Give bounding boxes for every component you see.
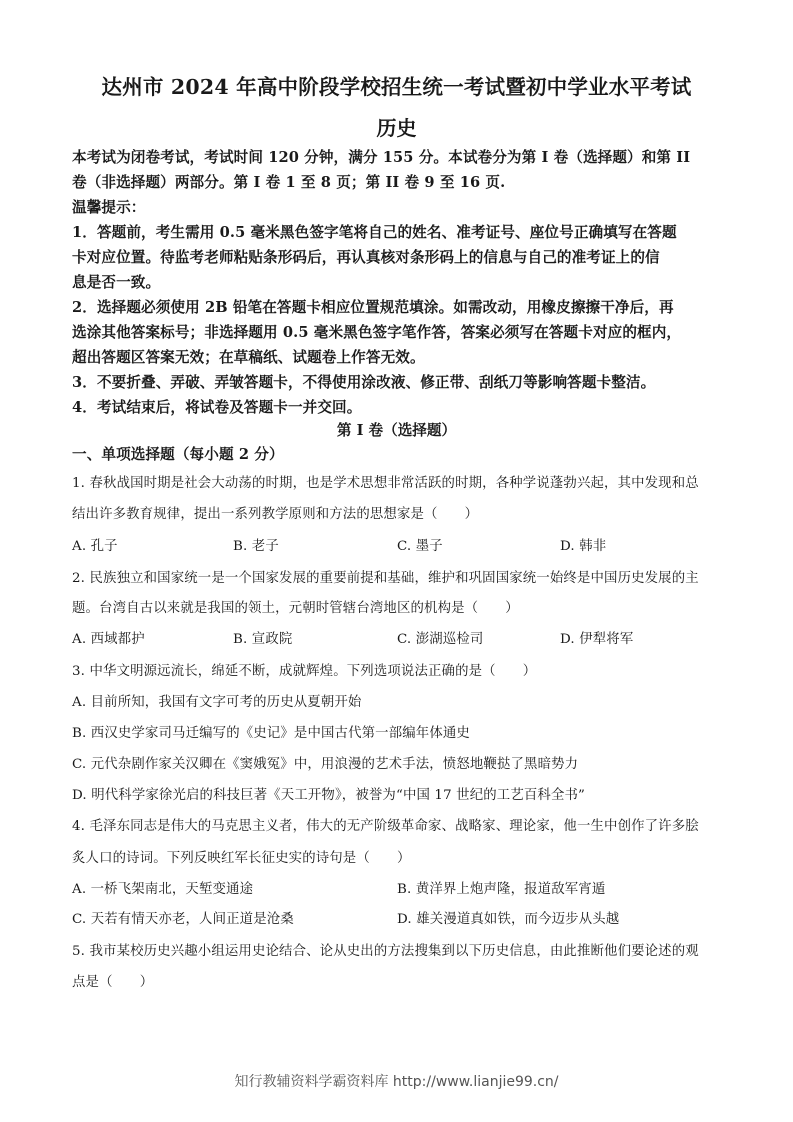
question-text: 2. 民族独立和国家统一是一个国家发展的重要前提和基础，维护和巩固国家统一始终是…	[72, 567, 699, 586]
exam-title: 达州市 2024 年高中阶段学校招生统一考试暨初中学业水平考试	[0, 70, 793, 100]
question-text: 炙人口的诗词。下列反映红军长征史实的诗句是（ ）	[72, 847, 411, 866]
subject-title: 历史	[0, 112, 793, 141]
option-a[interactable]: A. 孔子	[72, 535, 118, 554]
tips-label: 温馨提示：	[72, 196, 145, 217]
option-d[interactable]: D. 明代科学家徐光启的科技巨著《天工开物》，被誉为“中国 17 世纪的工艺百科…	[72, 784, 585, 803]
tip-line: 4．考试结束后，将试卷及答题卡一并交回。	[72, 396, 361, 417]
option-c[interactable]: C. 墨子	[397, 535, 443, 554]
tip-line: 超出答题区答案无效；在草稿纸、试题卷上作答无效。	[72, 346, 425, 367]
option-a[interactable]: A. 目前所知，我国有文字可考的历史从夏朝开始	[72, 691, 361, 710]
question-text: 1. 春秋战国时期是社会大动荡的时期，也是学术思想非常活跃的时期，各种学说蓬勃兴…	[72, 472, 699, 491]
option-d[interactable]: D. 伊犁将军	[560, 628, 633, 647]
tip-line: 卡对应位置。待监考老师粘贴条形码后，再认真核对条形码上的信息与自己的准考证上的信	[72, 246, 660, 267]
option-b[interactable]: B. 宣政院	[233, 628, 292, 647]
volume-title: 第 I 卷（选择题）	[0, 419, 793, 440]
tip-line: 1．答题前，考生需用 0.5 毫米黑色签字笔将自己的姓名、准考证号、座位号正确填…	[72, 221, 677, 242]
question-text: 点是（ ）	[72, 971, 153, 990]
option-b[interactable]: B. 黄洋界上炮声隆，报道敌军宵遁	[397, 878, 605, 897]
tip-line: 选涂其他答案标号；非选择题用 0.5 毫米黑色签字笔作答，答案必须写在答题卡对应…	[72, 321, 681, 342]
part-title: 一、单项选择题（每小题 2 分）	[72, 443, 284, 464]
tip-line: 息是否一致。	[72, 271, 160, 292]
option-a[interactable]: A. 一桥飞架南北，天堑变通途	[72, 878, 253, 897]
option-d[interactable]: D. 雄关漫道真如铁，而今迈步从头越	[397, 908, 619, 927]
tip-line: 2．选择题必须使用 2B 铅笔在答题卡相应位置规范填涂。如需改动，用橡皮擦擦干净…	[72, 296, 674, 317]
option-c[interactable]: C. 天若有情天亦老，人间正道是沧桑	[72, 908, 294, 927]
option-a[interactable]: A. 西域都护	[72, 628, 145, 647]
question-text: 题。台湾自古以来就是我国的领土，元朝时管辖台湾地区的机构是（ ）	[72, 597, 519, 616]
question-text: 结出许多教育规律，提出一系列教学原则和方法的思想家是（ ）	[72, 503, 478, 522]
tip-line: 3．不要折叠、弄破、弄皱答题卡，不得使用涂改液、修正带、刮纸刀等影响答题卡整洁。	[72, 371, 655, 392]
question-text: 4. 毛泽东同志是伟大的马克思主义者，伟大的无产阶级革命家、战略家、理论家，他一…	[72, 815, 699, 834]
intro-line: 本考试为闭卷考试，考试时间 120 分钟，满分 155 分。本试卷分为第 I 卷…	[72, 146, 690, 167]
option-c[interactable]: C. 澎湖巡检司	[397, 628, 483, 647]
option-c[interactable]: C. 元代杂剧作家关汉卿在《窦娥冤》中，用浪漫的艺术手法，愤怒地鞭挞了黑暗势力	[72, 753, 578, 772]
question-text: 3. 中华文明源远流长，绵延不断，成就辉煌。下列选项说法正确的是（ ）	[72, 660, 536, 679]
question-text: 5. 我市某校历史兴趣小组运用史论结合、论从史出的方法搜集到以下历史信息，由此推…	[72, 940, 699, 959]
option-d[interactable]: D. 韩非	[560, 535, 606, 554]
option-b[interactable]: B. 西汉史学家司马迁编写的《史记》是中国古代第一部编年体通史	[72, 722, 470, 741]
intro-line: 卷（非选择题）两部分。第 I 卷 1 至 8 页；第 II 卷 9 至 16 页…	[72, 171, 505, 192]
exam-page: 达州市 2024 年高中阶段学校招生统一考试暨初中学业水平考试 历史 本考试为闭…	[0, 0, 793, 1122]
footer-watermark: 知行教辅资料学霸资料库 http://www.lianjie99.cn/	[0, 1071, 793, 1091]
option-b[interactable]: B. 老子	[233, 535, 279, 554]
